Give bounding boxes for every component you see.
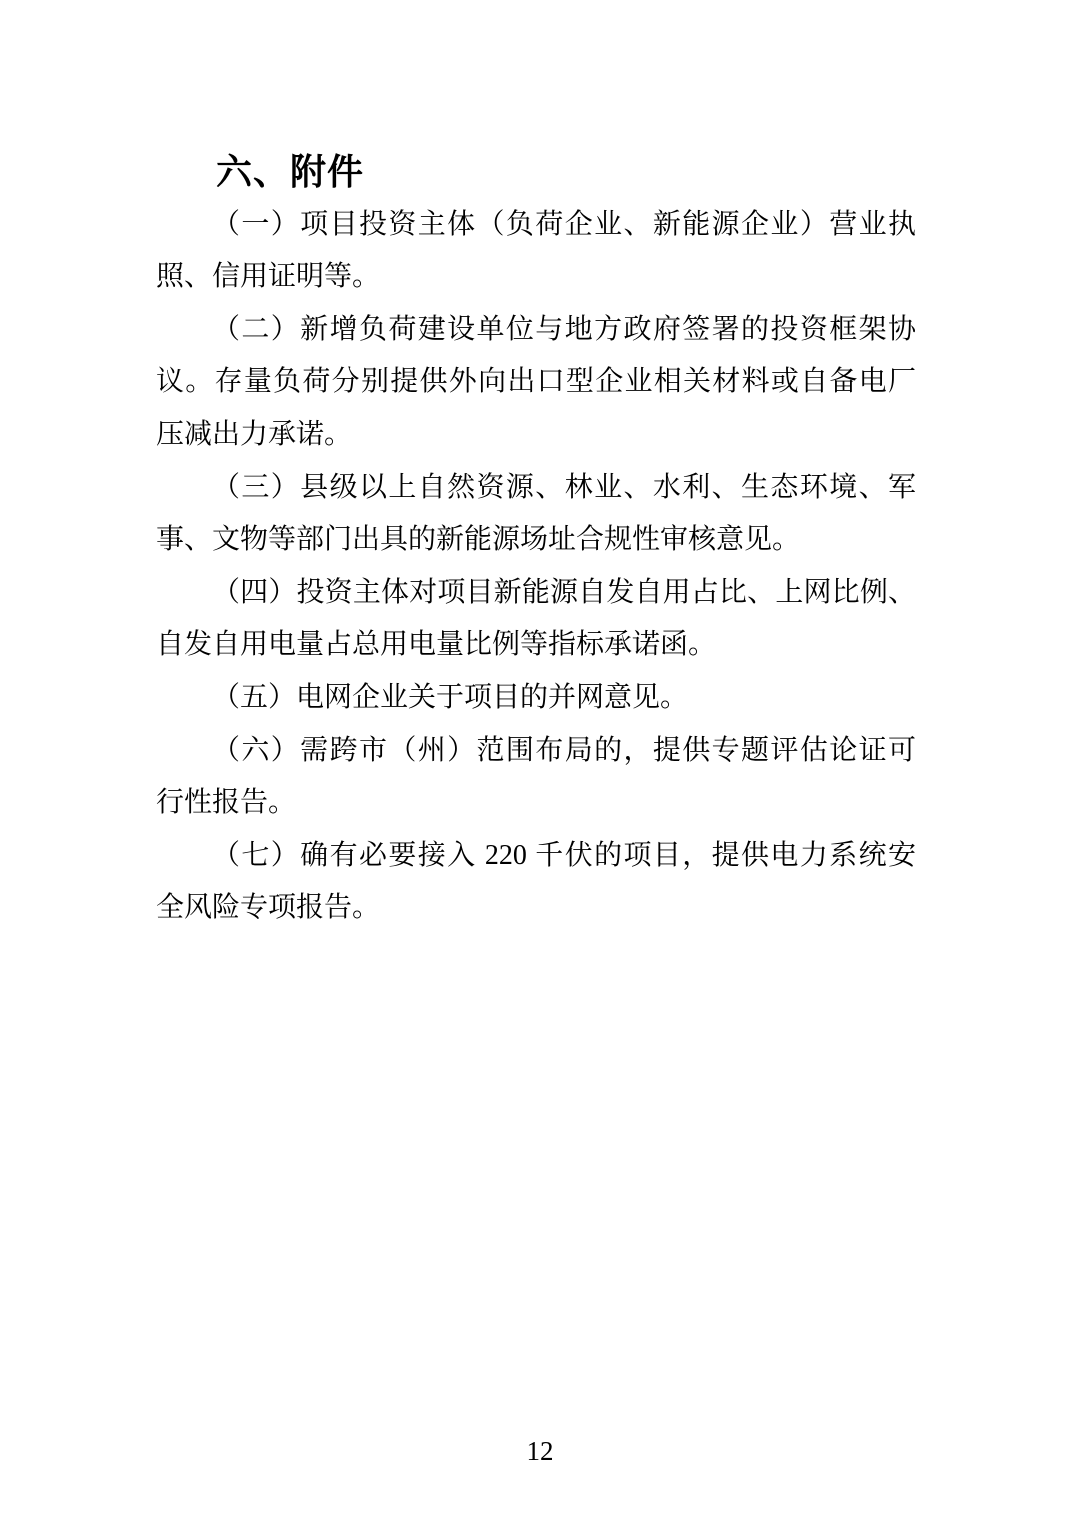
- content-area: 六、附件 （一）项目投资主体（负荷企业、新能源企业）营业执照、信用证明等。（二）…: [156, 146, 916, 935]
- paragraph: （三）县级以上自然资源、林业、水利、生态环境、军事、文物等部门出具的新能源场址合…: [156, 462, 916, 567]
- text-line: （七）确有必要接入 220 千伏的项目，提供电力系统安: [156, 830, 916, 883]
- paragraphs-container: （一）项目投资主体（负荷企业、新能源企业）营业执照、信用证明等。（二）新增负荷建…: [156, 199, 916, 935]
- text-line: （六）需跨市（州）范围布局的，提供专题评估论证可: [156, 725, 916, 778]
- section-heading: 六、附件: [156, 146, 916, 199]
- page-number: 12: [0, 1434, 1080, 1468]
- text-line: 自发自用电量占总用电量比例等指标承诺函。: [156, 619, 916, 672]
- paragraph: （七）确有必要接入 220 千伏的项目，提供电力系统安全风险专项报告。: [156, 830, 916, 935]
- text-line: 压减出力承诺。: [156, 409, 916, 462]
- text-line: 照、信用证明等。: [156, 251, 916, 304]
- text-line: 全风险专项报告。: [156, 882, 916, 935]
- text-line: （四）投资主体对项目新能源自发自用占比、上网比例、: [156, 567, 916, 620]
- text-line: 议。存量负荷分别提供外向出口型企业相关材料或自备电厂: [156, 356, 916, 409]
- paragraph: （一）项目投资主体（负荷企业、新能源企业）营业执照、信用证明等。: [156, 199, 916, 304]
- document-page: 六、附件 （一）项目投资主体（负荷企业、新能源企业）营业执照、信用证明等。（二）…: [0, 0, 1080, 1527]
- text-line: （三）县级以上自然资源、林业、水利、生态环境、军: [156, 462, 916, 515]
- text-line: （二）新增负荷建设单位与地方政府签署的投资框架协: [156, 304, 916, 357]
- text-line: （五）电网企业关于项目的并网意见。: [156, 672, 916, 725]
- text-line: （一）项目投资主体（负荷企业、新能源企业）营业执: [156, 199, 916, 252]
- paragraph: （五）电网企业关于项目的并网意见。: [156, 672, 916, 725]
- paragraph: （四）投资主体对项目新能源自发自用占比、上网比例、自发自用电量占总用电量比例等指…: [156, 567, 916, 672]
- paragraph: （二）新增负荷建设单位与地方政府签署的投资框架协议。存量负荷分别提供外向出口型企…: [156, 304, 916, 462]
- text-line: 行性报告。: [156, 777, 916, 830]
- paragraph: （六）需跨市（州）范围布局的，提供专题评估论证可行性报告。: [156, 725, 916, 830]
- text-line: 事、文物等部门出具的新能源场址合规性审核意见。: [156, 514, 916, 567]
